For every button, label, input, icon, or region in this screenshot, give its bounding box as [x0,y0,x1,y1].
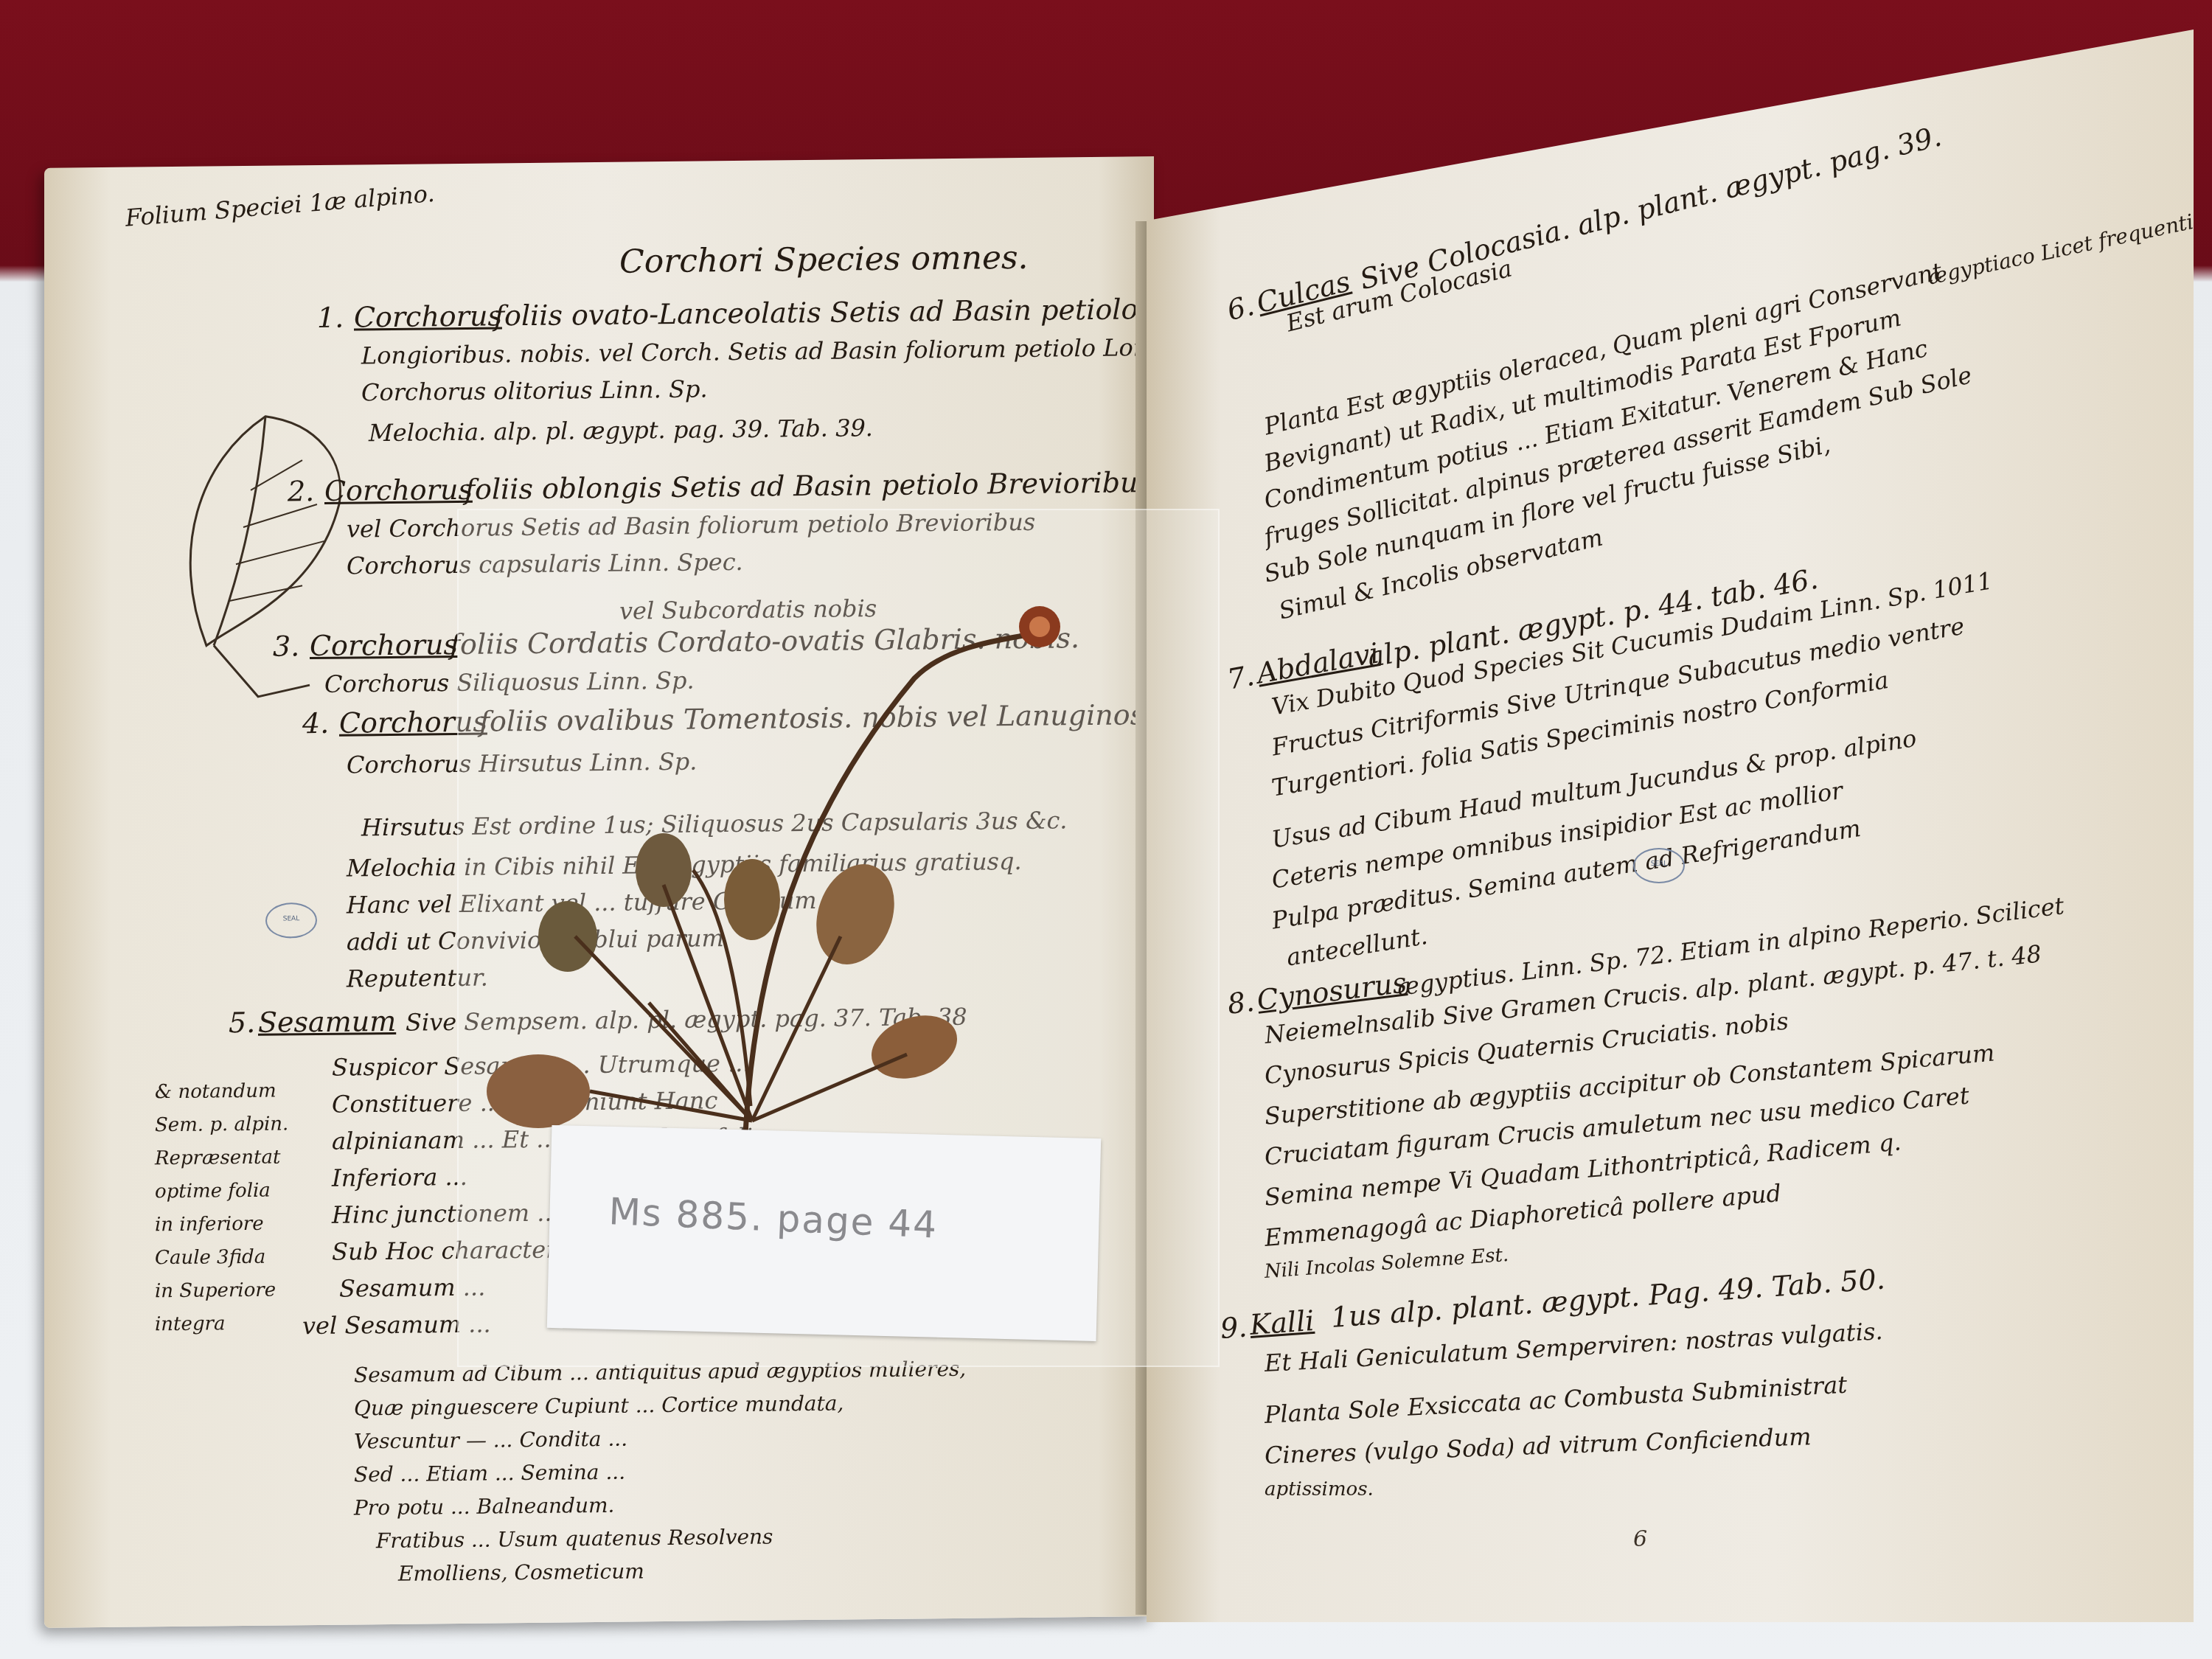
bottom-line: Quæ pinguescere Cupiunt ... Cortice mund… [354,1391,844,1421]
right-page: 6. Culcas Sive Colocasia. alp. plant. æg… [1147,29,2194,1622]
entry-genus: Corchorus [324,473,473,507]
entry-genus: Corchorus [354,299,502,333]
entry-line: aptissimos. [1265,1478,1374,1500]
library-stamp: SEAL [1633,848,1685,883]
entry-line: ægyptiaco Licet frequentissima [1926,197,2194,289]
page-title: Corchori Species omnes. [619,239,1029,281]
bottom-line: Pro potu ... Balneandum. [354,1493,615,1520]
entry-line: Melochia. alp. pl. ægypt. pag. 39. Tab. … [369,414,873,447]
entry-number: 1. [317,302,344,334]
entry-number: 4. [302,707,329,740]
open-manuscript: Folium Speciei 1æ alpino. Corchori Speci… [0,0,2212,1659]
entry-number: 6. [1224,289,1258,327]
side-note-line: integra [155,1312,225,1335]
entry-line: Nili Incolas Solemne Est. [1264,1244,1509,1283]
entry-line: foliis oblongis Setis ad Basin petiolo B… [465,466,1152,506]
entry-number: 5. [229,1006,255,1039]
entry-line: Cineres (vulgo Soda) ad vitrum Conficien… [1264,1422,1812,1470]
entry-number: 9. [1219,1311,1248,1345]
entry-line: Inferiora ... [332,1163,467,1192]
side-note-line: in inferiore [155,1213,264,1237]
bottom-line: Vescuntur — ... Condita ... [354,1427,627,1454]
entry-number: 3. [273,630,299,662]
side-note-line: in Superiore [155,1279,276,1303]
side-note-line: Repræsentat [155,1147,280,1170]
side-note-line: optime folia [155,1180,271,1203]
bottom-line: Fratibus ... Usum quatenus Resolvens [376,1525,773,1554]
library-stamp: SEAL [265,902,317,939]
margin-note-top: Folium Speciei 1æ alpino. [125,179,436,232]
entry-genus: Sesamum [258,1005,396,1039]
leaf-sketch-icon [155,400,361,712]
entry-line: foliis ovato-Lanceolatis Setis ad Basin … [494,293,1138,332]
page-number: 6 [1633,1526,1647,1552]
entry-genus: Kalli [1248,1304,1315,1341]
entry-line: Corchorus olitorius Linn. Sp. [361,375,708,406]
bottom-line: Emolliens, Cosmeticum [398,1559,644,1585]
entry-number: 2. [288,475,314,507]
entry-number: 7. [1225,659,1256,696]
entry-line: Planta Sole Exsiccata ac Combusta Submin… [1264,1371,1848,1429]
side-note-line: Sem. p. alpin. [155,1113,288,1136]
side-note-line: Caule 3fida [155,1246,265,1270]
entry-genus: Corchorus [310,628,458,662]
bottom-line: Sed ... Etiam ... Semina ... [354,1460,625,1487]
entry-line: Longioribus. nobis. vel Corch. Setis ad … [361,333,1154,369]
side-note-line: & notandum [155,1080,276,1104]
entry-number: 8. [1225,985,1256,1020]
specimen-label-card: Ms 885. page 44 [547,1125,1101,1341]
pressed-plant-specimen-icon [472,590,1194,1180]
label-text: Ms 885. page 44 [608,1190,939,1247]
